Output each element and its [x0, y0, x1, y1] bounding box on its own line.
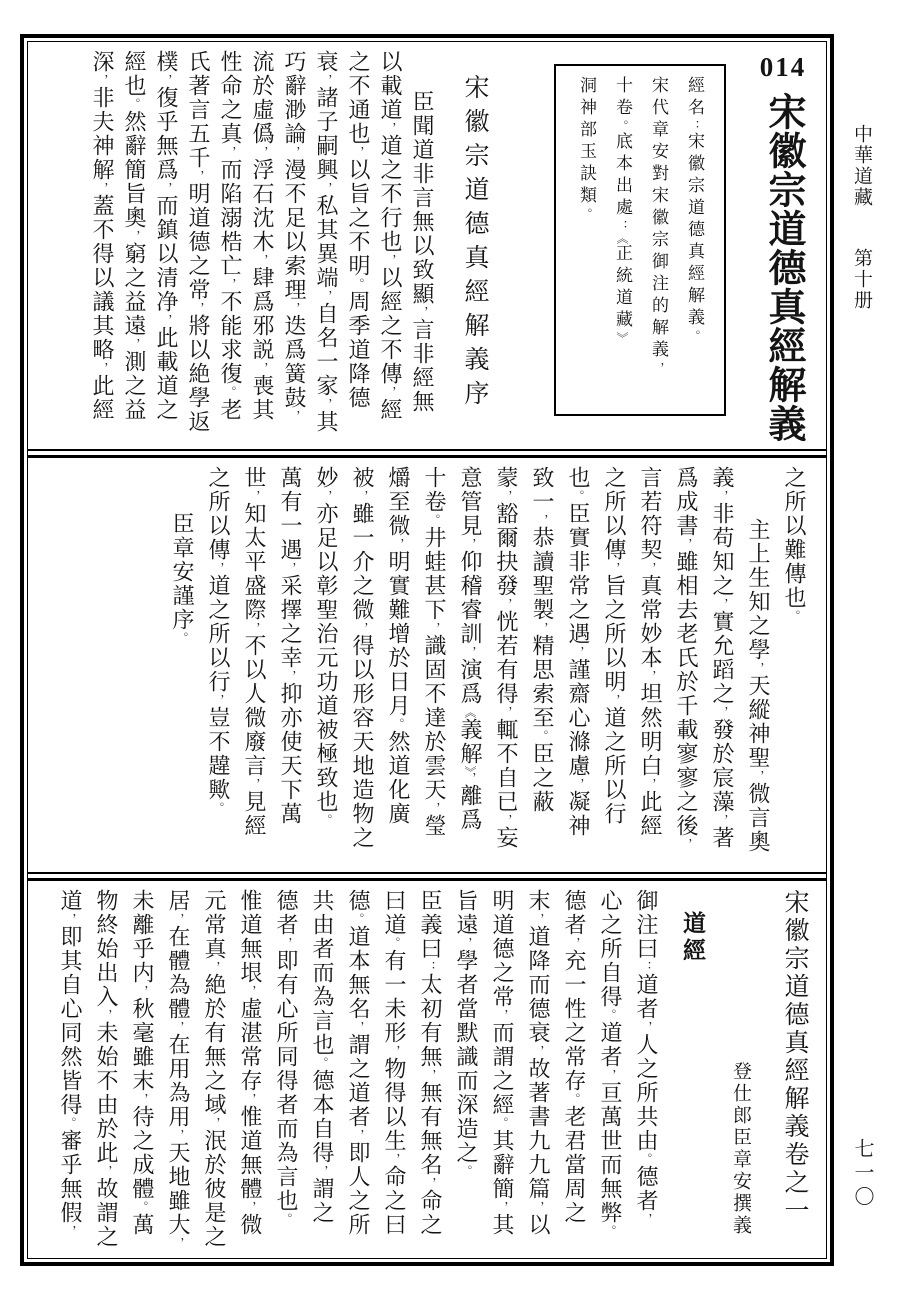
- text-column: 德。道本無名，謂之道者，即人之所: [340, 889, 376, 1254]
- text-column: 世，知太平盛際，不以人微廢言，見經: [236, 466, 272, 869]
- text-column: 意管見，仰稽睿訓，演爲《義解》，離爲: [452, 466, 488, 869]
- text-column: 明道德之常，而謂之經。其辭簡，其: [484, 889, 520, 1254]
- text-column: 共由者而為言也。德本自得，謂之: [304, 889, 340, 1254]
- top-section: 014宋徽宗道德真經解義 經名：宋徽宗道德真經解義。 宋代章安對宋徽宗御注的解義…: [28, 42, 826, 449]
- volume-label: 第十册: [848, 248, 875, 311]
- series-label: 中華道藏: [848, 124, 875, 208]
- text-column: 經也。然辭簡旨奧，窮之益遠，測之益: [118, 50, 150, 445]
- folio-number: 七一〇: [848, 1138, 877, 1210]
- text-column: 元常真，絶於有無之域，泯於彼是之: [196, 889, 232, 1254]
- text-column: 旨遠，學者當默識而深造之。: [448, 889, 484, 1254]
- bottom-section: 宋徽宗道德真經解義卷之一 登仕郎臣章安撰義 道經 御注曰：道者，人之所共由。德者…: [28, 881, 826, 1258]
- text-column: 言若符契，真常妙本，坦然明白，此經: [632, 466, 668, 869]
- doc-number: 014: [755, 50, 811, 84]
- text-column: 道，即其自心同然皆得。審乎無假，: [52, 889, 88, 1254]
- text-column: 樸，復乎無爲，而鎮以清净，此載道之: [150, 50, 182, 445]
- page-inner-frame: 014宋徽宗道德真經解義 經名：宋徽宗道德真經解義。 宋代章安對宋徽宗御注的解義…: [27, 41, 827, 1259]
- text-column: 被，雖一介之微，得以形容天地造物之: [344, 466, 380, 869]
- preface-title: 宋徽宗道德真經解義序: [452, 50, 496, 445]
- text-column: 氏著言五千，明道德之常，將以絶學返: [182, 50, 214, 445]
- scripture-info-column: 宋代章安對宋徽宗御注的解義，: [640, 76, 676, 404]
- scripture-info-box: 經名：宋徽宗道德真經解義。 宋代章安對宋徽宗御注的解義， 十卷。底本出處：《正統…: [554, 64, 726, 416]
- main-title: 宋徽宗道德真經解義: [762, 92, 804, 443]
- text-column: 之所以傳，旨之所以明，道之所以行: [596, 466, 632, 869]
- text-column: 致一，恭讀聖製，精思索至。臣之蔽: [524, 466, 560, 869]
- text-column: 衰，諸子嗣興，私其異端，自名一家，其: [310, 50, 342, 445]
- chapter-heading: 道經: [674, 889, 710, 1254]
- text-column: 心之所自得。道者，亘萬世而無弊。: [592, 889, 628, 1254]
- author-line: 登仕郎臣章安撰義: [722, 889, 758, 1254]
- text-column: 德者，充一性之常存。老君當周之: [556, 889, 592, 1254]
- text-column: 德者，即有心所同得者而為言也。: [268, 889, 304, 1254]
- text-column: 未離乎内，秋毫雖末，待之成體。萬: [124, 889, 160, 1254]
- text-column: 之不通也，以旨之不明。周季道降德: [342, 50, 374, 445]
- text-column: 之所以難傳也。: [776, 466, 812, 869]
- text-column: 臣義曰：太初有無，無有無名，命之: [412, 889, 448, 1254]
- text-column: 深，非夫神解，蓋不得以議其略，此經: [86, 50, 118, 445]
- text-column: 惟道無垠，虛湛常存，惟道無體，微: [232, 889, 268, 1254]
- text-column: 之所以傳，道之所以行，豈不韙歟。: [200, 466, 236, 869]
- main-title-column: 014宋徽宗道德真經解義: [754, 50, 812, 445]
- text-column: 流於虛僞，浮石沈木，肆爲邪説，喪其: [246, 50, 278, 445]
- text-column: 曰道。有一未形，物得以生，命之曰: [376, 889, 412, 1254]
- text-column: 也。臣實非常之遇，謹齋心滌慮，凝神: [560, 466, 596, 869]
- section-divider: [28, 872, 826, 881]
- text-column: 爲成書，雖相去老氏於千載寥寥之後，: [668, 466, 704, 869]
- text-column: 義，非苟知之，實允蹈之，發於宸藻，著: [704, 466, 740, 869]
- text-column: 物終始出入，未始不由於此，故謂之: [88, 889, 124, 1254]
- text-column: 主上生知之學，天縱神聖，微言奧: [740, 466, 776, 869]
- scripture-info-column: 洞神部玉訣類。: [568, 76, 604, 404]
- text-column: 十卷。井蛙甚下，識固不達於雲天，瑩: [416, 466, 452, 869]
- preface-signature: 臣章安謹序。: [164, 466, 200, 869]
- scripture-info-column: 十卷。底本出處：《正統道藏》: [604, 76, 640, 404]
- scripture-info-column: 經名：宋徽宗道德真經解義。: [676, 76, 712, 404]
- text-column: 臣聞道非言無以致顯，言非經無: [406, 50, 438, 445]
- text-column: 末，道降而德衰，故著書九九篇，以: [520, 889, 556, 1254]
- page-frame: 014宋徽宗道德真經解義 經名：宋徽宗道德真經解義。 宋代章安對宋徽宗御注的解義…: [20, 34, 834, 1266]
- text-column: 以載道，道之不行也，以經之不傳，經: [374, 50, 406, 445]
- middle-section: 之所以難傳也。 主上生知之學，天縱神聖，微言奧 義，非苟知之，實允蹈之，發於宸藻…: [28, 458, 826, 873]
- text-column: 妙，亦足以彰聖治元功道被極致也。: [308, 466, 344, 869]
- section-divider: [28, 449, 826, 458]
- text-column: 性命之真，而陷溺梏亡，不能求復。老: [214, 50, 246, 445]
- text-column: 居，在體為體，在用為用，天地雖大，: [160, 889, 196, 1254]
- text-column: 御注曰：道者，人之所共由。德者，: [628, 889, 664, 1254]
- volume-title: 宋徽宗道德真經解義卷之一: [776, 889, 812, 1254]
- text-column: 萬有一遇，采擇之幸，抑亦使天下萬: [272, 466, 308, 869]
- text-column: 蒙，豁爾抉發，恍若有得，輒不自已，妄: [488, 466, 524, 869]
- text-column: 爝至微，明實難增於日月。然道化廣: [380, 466, 416, 869]
- text-column: 巧辭渺論，漫不足以索理，迭爲簧鼓，: [278, 50, 310, 445]
